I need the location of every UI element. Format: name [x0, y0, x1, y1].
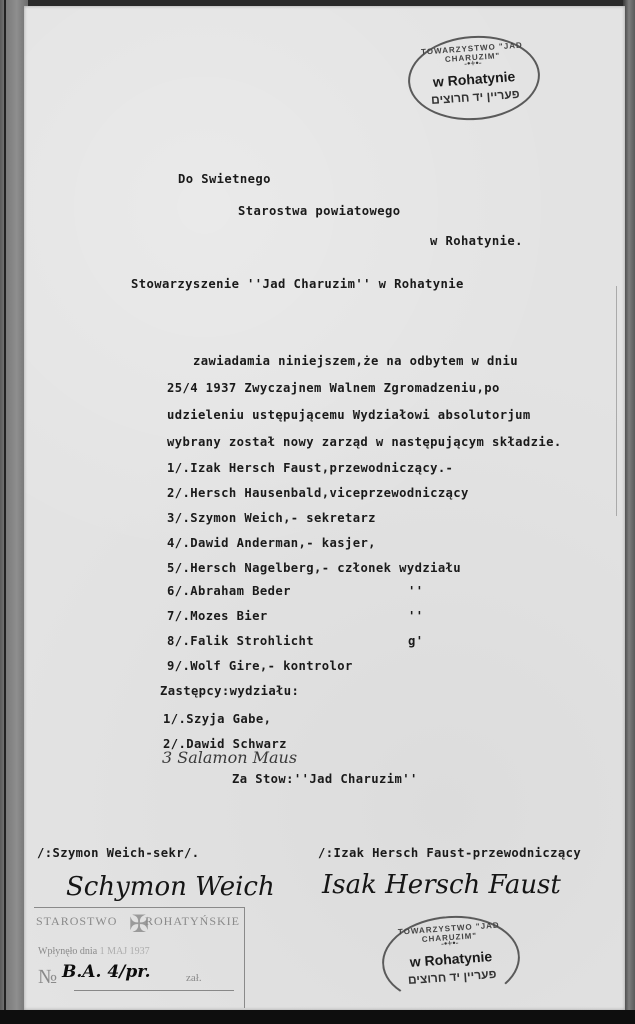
stamp-office-right: ROHATYŃSKIE [145, 914, 240, 929]
board-member: 5/.Hersch Nagelberg,- członek wydziału [167, 561, 461, 575]
sender-line: Stowarzyszenie ''Jad Charuzim'' w Rohaty… [131, 277, 464, 291]
body-line: wybrany został nowy zarząd w następujący… [167, 435, 562, 449]
stamp-office-left: STAROSTWO [36, 914, 117, 929]
ditto-mark: '' [408, 584, 423, 598]
stamp-attachments-label: zał. [186, 972, 202, 984]
body-line: zawiadamia niniejszem,że na odbytem w dn… [193, 354, 518, 368]
paper-fold [616, 286, 617, 516]
addressee-line-1: Do Swietnego [178, 172, 271, 186]
board-member: 6/.Abraham Beder [167, 584, 291, 598]
secretary-typed-name: /:Szymon Weich-sekr/. [37, 846, 200, 860]
ditto-mark: g' [408, 634, 423, 648]
office-receipt-stamp: STAROSTWO ✠ ROHATYŃSKIE Wpłynęło dnia 1 … [34, 907, 245, 1008]
stamp-reference-handwritten: B.A. 4/pr. [62, 962, 151, 982]
closing-line: Za Stow:''Jad Charuzim'' [232, 772, 418, 786]
handwritten-deputy: 3 Salamon Maus [162, 748, 297, 767]
board-member: 4/.Dawid Anderman,- kasjer, [167, 536, 376, 550]
body-line: udzieleniu ustępującemu Wydziałowi absol… [167, 408, 531, 422]
board-member: 3/.Szymon Weich,- sekretarz [167, 511, 376, 525]
deputy-member: 1/.Szyja Gabe, [163, 712, 271, 726]
scan-backdrop-bottom [0, 1010, 635, 1024]
ditto-mark: '' [408, 609, 423, 623]
board-member: 2/.Hersch Hausenbald,viceprzewodniczący [167, 486, 469, 500]
chairman-typed-name: /:Izak Hersch Faust-przewodniczący [318, 846, 581, 860]
stamp-underline [74, 990, 234, 991]
stamp-number-label: № [38, 966, 57, 989]
secretary-signature: Schymon Weich [66, 872, 275, 902]
board-member: 9/.Wolf Gire,- kontrolor [167, 659, 353, 673]
board-member: 8/.Falik Strohlicht [167, 634, 314, 648]
stamp-date: Wpłynęło dnia 1 MAJ 1937 [38, 946, 150, 957]
addressee-line-3: w Rohatynie. [430, 234, 523, 248]
board-member: 1/.Izak Hersch Faust,przewodniczący.- [167, 461, 453, 475]
board-member: 7/.Mozes Bier [167, 609, 268, 623]
chairman-signature: Isak Hersch Faust [322, 870, 561, 900]
deputies-heading: Zastępcy:wydziału: [160, 684, 299, 698]
addressee-line-2: Starostwa powiatowego [238, 204, 401, 218]
body-line: 25/4 1937 Zwyczajnem Walnem Zgromadzeniu… [167, 381, 500, 395]
